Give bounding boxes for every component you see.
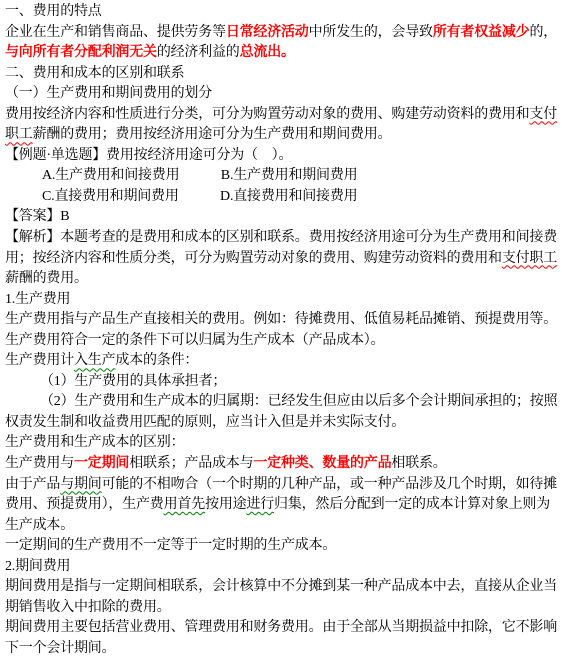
plain-text: 生产成本。 [5, 518, 74, 533]
text-line: 费用、预提费用），生产费用首先按用途进行归集，然后分配到一定的成本计算对象上则为 [5, 495, 562, 516]
highlight-text: 一定种类、数量的产品 [253, 456, 391, 471]
plain-text: 按用途 [205, 497, 246, 512]
plain-text: 薪酬的费用；费用按经济用途可分为生产费用和期间费用。 [33, 127, 392, 142]
grammar-green-text: 用首先 [164, 497, 205, 512]
plain-text: 用；按经济内容和性质分类，可分为购置劳动对象的费用、购建劳动资料的费用和 [5, 251, 502, 266]
plain-text: 的经济利益的 [157, 45, 240, 60]
text-line: 费用按经济内容和性质进行分类，可分为购置劳动对象的费用、购建劳动资料的费用和支付 [5, 105, 562, 126]
text-line: 生产费用与一定期间相联系；产品成本与一定种类、数量的产品相联系。 [5, 454, 562, 475]
text-line: 生产费用和生产成本的区别： [5, 433, 562, 454]
text-line: 企业在生产和销售商品、提供劳务等日常经济活动中所发生的，会导致所有者权益减少的， [5, 23, 562, 44]
text-line: 期销售收入中扣除的费用。 [5, 598, 562, 619]
text-line: 与向所有者分配利润无关的经济利益的总流出。 [5, 43, 562, 64]
plain-text: 费用、预提费用），生产费 [5, 497, 164, 512]
plain-text: 的， [529, 25, 557, 40]
text-line: 职工薪酬的费用；费用按经济用途可分为生产费用和期间费用。 [5, 125, 562, 146]
highlight-text: 与向所有者分配利润无关 [5, 45, 157, 60]
text-line: 【例题·单选题】费用按经济用途可分为（ ）。 [5, 146, 562, 167]
plain-text: 可能的不相吻合（一个时期的几种产品，或一种产品涉及几个时期，如待摊 [102, 477, 557, 492]
document-page: 一、费用的特点企业在生产和销售商品、提供劳务等日常经济活动中所发生的，会导致所有… [0, 0, 562, 660]
grammar-green-text: 进行 [246, 497, 274, 512]
text-line: 期间费用是指与一定期间相联系，会计核算中不分摊到某一种产品成本中去，直接从企业当 [5, 577, 562, 598]
text-line: 用；按经济内容和性质分类，可分为购置劳动对象的费用、购建劳动资料的费用和支付职工 [5, 249, 562, 270]
plain-text: 归集，然后分配到一定的成本计算对象上则为 [274, 497, 550, 512]
spellcheck-red-text: 支付职工 [502, 251, 557, 266]
highlight-text: 所有者权益减少 [433, 25, 530, 40]
spellcheck-red-text: 支付 [529, 107, 557, 122]
plain-text: （2）生产费用和生产成本的归属期：已经发生但应由以后多个会计期间承担的；按照 [40, 394, 557, 409]
text-line: 生产费用计入生产成本的条件： [5, 351, 562, 372]
grammar-green-text: 入生产 [74, 353, 115, 368]
spellcheck-red-text: 职工 [5, 127, 33, 142]
plain-text: 成本的条件： [115, 353, 198, 368]
plain-text: 期间费用是指与一定期间相联系，会计核算中不分摊到某一种产品成本中去，直接从企业当 [5, 579, 557, 594]
text-line: 2.期间费用 [5, 557, 562, 578]
plain-text: 生产费用计 [5, 353, 74, 368]
plain-text: 薪酬的费用。 [5, 271, 88, 286]
document-body: 一、费用的特点企业在生产和销售商品、提供劳务等日常经济活动中所发生的，会导致所有… [5, 2, 562, 660]
text-line: 薪酬的费用。 [5, 269, 562, 290]
plain-text: 由于产品 [5, 477, 60, 492]
text-line: 期间费用主要包括营业费用、管理费用和财务费用。由于全部从当期损益中扣除，它不影响 [5, 618, 562, 639]
text-line: C.直接费用和期间费用 D.直接费用和间接费用 [5, 187, 562, 208]
plain-text: 期间费用主要包括营业费用、管理费用和财务费用。由于全部从当期损益中扣除，它不影响 [5, 620, 557, 635]
plain-text: （一）生产费用和期间费用的划分 [5, 86, 212, 101]
text-line: 生产费用符合一定的条件下可以归属为生产成本（产品成本）。 [5, 331, 562, 352]
plain-text: 企业在生产和销售商品、提供劳务等 [5, 25, 226, 40]
text-line: 生产成本。 [5, 516, 562, 537]
text-line: （1）生产费用的具体承担者； [5, 372, 562, 393]
plain-text: 费用按经济内容和性质进行分类，可分为购置劳动对象的费用、购建劳动资料的费用和 [5, 107, 529, 122]
plain-text: 【答案】B [5, 209, 69, 224]
text-line: 由于产品与期间可能的不相吻合（一个时期的几种产品，或一种产品涉及几个时期，如待摊 [5, 475, 562, 496]
plain-text: 权责发生制和收益费用匹配的原则，应当计入但是并未实际支付。 [5, 415, 405, 430]
text-line: （2）生产费用和生产成本的归属期：已经发生但应由以后多个会计期间承担的；按照 [5, 392, 562, 413]
text-line: A.生产费用和间接费用 B.生产费用和期间费用 [5, 166, 562, 187]
plain-text: 相联系；产品成本与 [129, 456, 253, 471]
plain-text: 【例题·单选题】费用按经济用途可分为（ ）。 [5, 148, 292, 163]
text-line: 【答案】B [5, 207, 562, 228]
plain-text: A.生产费用和间接费用 B.生产费用和期间费用 [42, 168, 357, 183]
plain-text: 一、费用的特点 [5, 4, 102, 19]
highlight-text: 一定期间 [74, 456, 129, 471]
plain-text: 期销售收入中扣除的费用。 [5, 600, 171, 615]
plain-text: 生产费用与 [5, 456, 74, 471]
text-line: 【解析】本题考查的是费用和成本的区别和联系。费用按经济用途可分为生产费用和间接费 [5, 228, 562, 249]
plain-text: 生产费用和生产成本的区别： [5, 435, 184, 450]
plain-text: 下一个会计期间。 [5, 641, 115, 656]
text-line: 下一个会计期间。 [5, 639, 562, 660]
plain-text: C.直接费用和期间费用 D.直接费用和间接费用 [42, 189, 357, 204]
plain-text: 一定期间的生产费用不一定等于一定时期的生产成本。 [5, 538, 336, 553]
plain-text: 中所发生的，会导致 [309, 25, 433, 40]
plain-text: （1）生产费用的具体承担者； [40, 374, 226, 389]
text-line: 二、费用和成本的区别和联系 [5, 64, 562, 85]
grammar-green-text: 与期间 [60, 477, 101, 492]
plain-text: 1.生产费用 [5, 292, 70, 307]
plain-text: 【解析】本题考查的是费用和成本的区别和联系。费用按经济用途可分为生产费用和间接费 [5, 230, 557, 245]
highlight-text: 日常经济活动 [226, 25, 309, 40]
plain-text: 相联系。 [391, 456, 446, 471]
plain-text: 生产费用符合一定的条件下可以归属为生产成本（产品成本）。 [5, 333, 384, 348]
text-line: 权责发生制和收益费用匹配的原则，应当计入但是并未实际支付。 [5, 413, 562, 434]
plain-text: 二、费用和成本的区别和联系 [5, 66, 184, 81]
text-line: 一定期间的生产费用不一定等于一定时期的生产成本。 [5, 536, 562, 557]
plain-text: 2.期间费用 [5, 559, 70, 574]
text-line: 一、费用的特点 [5, 2, 562, 23]
plain-text: 生产费用指与产品生产直接相关的费用。例如：待摊费用、低值易耗品摊销、预提费用等。 [5, 312, 557, 327]
highlight-text: 总流出。 [240, 45, 295, 60]
text-line: （一）生产费用和期间费用的划分 [5, 84, 562, 105]
text-line: 1.生产费用 [5, 290, 562, 311]
text-line: 生产费用指与产品生产直接相关的费用。例如：待摊费用、低值易耗品摊销、预提费用等。 [5, 310, 562, 331]
